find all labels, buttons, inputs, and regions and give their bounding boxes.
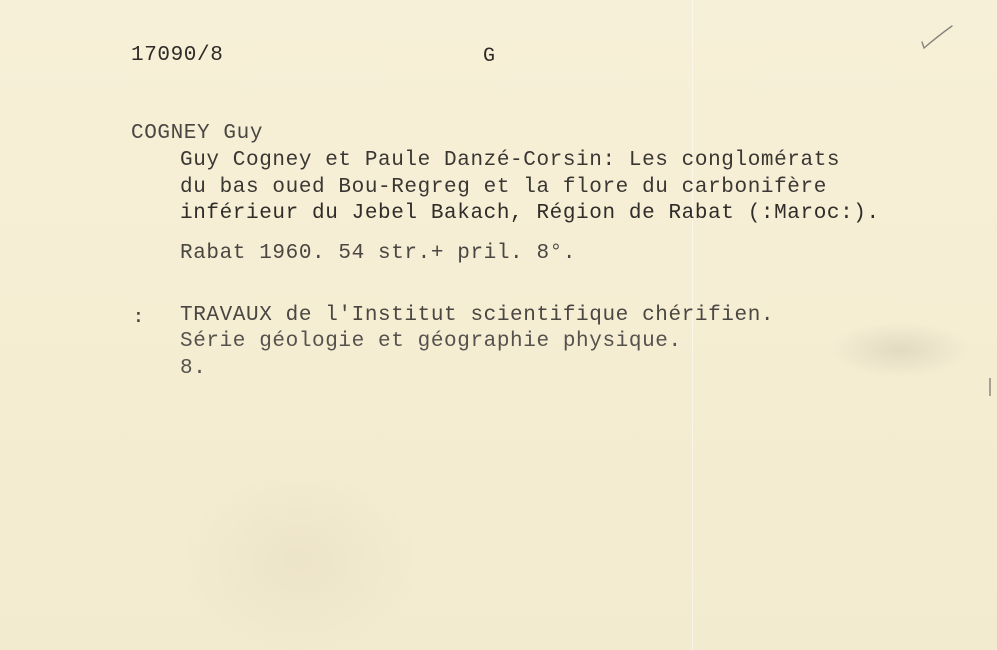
title-line: Guy Cogney et Paule Danzé-Corsin: Les co… (180, 150, 840, 171)
series-line: 8. (180, 358, 206, 379)
series-line: TRAVAUX de l'Institut scientifique chéri… (180, 305, 774, 326)
series-line: Série géologie et géographie physique. (180, 331, 682, 352)
author-heading: COGNEY Guy (131, 123, 263, 144)
section-letter: G (483, 47, 496, 67)
catalog-card: 17090/8 G COGNEY Guy Guy Cogney et Paule… (0, 0, 997, 650)
check-mark-icon (918, 22, 958, 56)
call-number: 17090/8 (131, 45, 223, 66)
title-line: du bas oued Bou-Regreg et la flore du ca… (180, 177, 827, 198)
series-bullet: : (133, 309, 144, 327)
imprint: Rabat 1960. 54 str.+ pril. 8°. (180, 243, 576, 264)
edge-mark (989, 378, 991, 396)
title-line: inférieur du Jebel Bakach, Région de Rab… (180, 203, 880, 224)
